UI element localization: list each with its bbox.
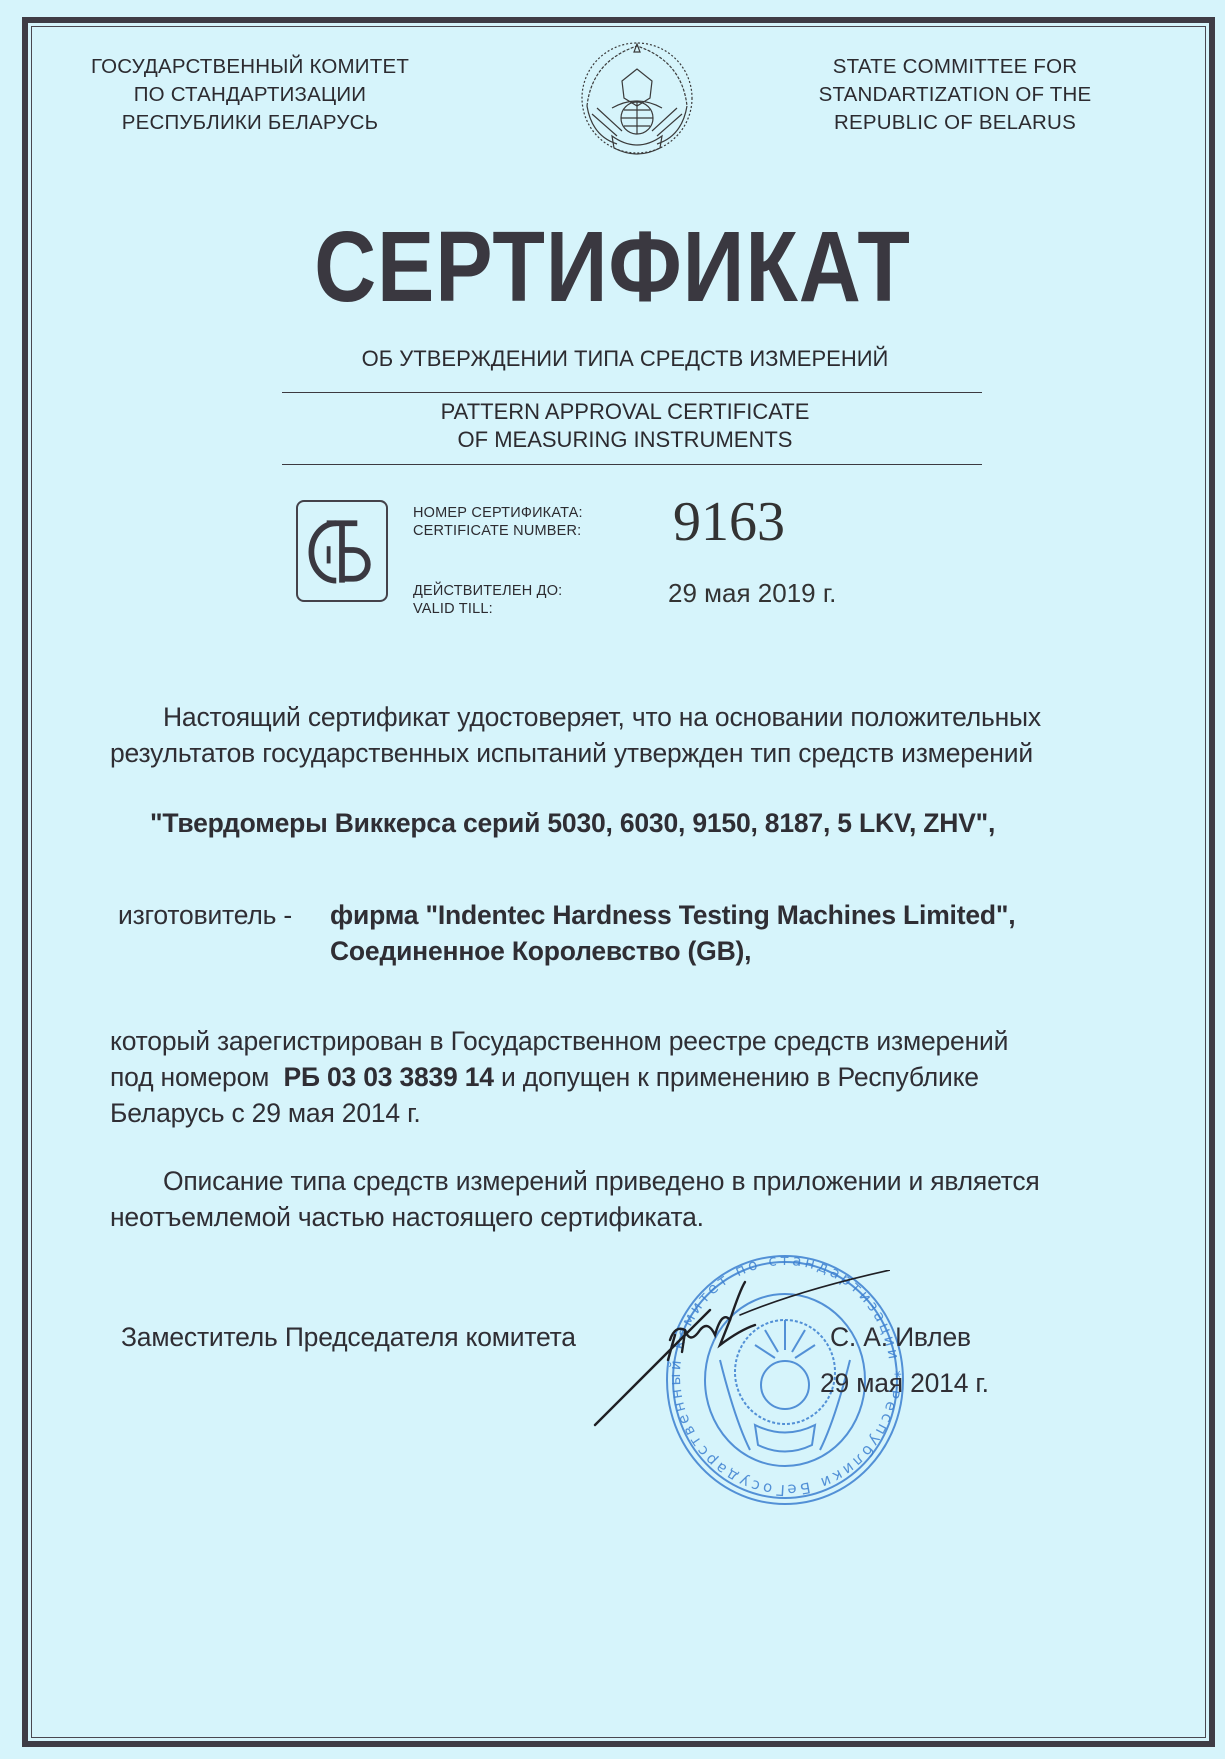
valid-till-date: 29 мая 2019 г. <box>668 578 836 609</box>
signature-date: 29 мая 2014 г. <box>820 1366 989 1401</box>
manufacturer-label: изготовитель - <box>118 898 292 933</box>
subtitle-ru: ОБ УТВЕРЖДЕНИИ ТИПА СРЕДСТВ ИЗМЕРЕНИЙ <box>250 346 1000 372</box>
registry-line-2: под номером РБ 03 03 3839 14 и допущен к… <box>110 1060 979 1095</box>
registry-number: РБ 03 03 3839 14 <box>283 1062 493 1092</box>
certificate-title: СЕРТИФИКАТ <box>86 210 1140 325</box>
certificate-number-label: НОМЕР СЕРТИФИКАТА: CERTIFICATE NUMBER: <box>413 504 583 540</box>
description-line-1: Описание типа средств измерений приведен… <box>163 1164 1040 1199</box>
certificate-number: 9163 <box>673 490 785 554</box>
registry-suffix: и допущен к применению в Республике <box>501 1062 979 1092</box>
registry-line-3: Беларусь с 29 мая 2014 г. <box>110 1096 421 1131</box>
valid-till-label: ДЕЙСТВИТЕЛЕН ДО: VALID TILL: <box>413 582 562 618</box>
intro-line-1: Настоящий сертификат удостоверяет, что н… <box>163 700 1041 735</box>
issuer-en-line: STANDARTIZATION OF THE <box>780 81 1130 109</box>
issuer-ru-line: ПО СТАНДАРТИЗАЦИИ <box>55 81 445 109</box>
label-ru: НОМЕР СЕРТИФИКАТА: <box>413 504 583 522</box>
instrument-name: "Твердомеры Виккерса серий 5030, 6030, 9… <box>150 806 995 841</box>
issuer-en: STATE COMMITTEE FOR STANDARTIZATION OF T… <box>780 53 1130 137</box>
manufacturer-country: Соединенное Королевство (GB), <box>330 934 751 969</box>
divider <box>282 392 982 393</box>
registry-line-1: который зарегистрирован в Государственно… <box>110 1024 1008 1059</box>
divider <box>282 464 982 465</box>
registry-prefix: под номером <box>110 1062 269 1092</box>
intro-line-2: результатов государственных испытаний ут… <box>110 736 1033 771</box>
signatory-name: С. А. Ивлев <box>830 1320 971 1355</box>
subtitle-en-line: PATTERN APPROVAL CERTIFICATE <box>250 398 1000 426</box>
subtitle-en-line: OF MEASURING INSTRUMENTS <box>250 426 1000 454</box>
manufacturer-name: фирма "Indentec Hardness Testing Machine… <box>330 898 1015 933</box>
gosstandart-logo-icon <box>296 500 388 602</box>
issuer-ru: ГОСУДАРСТВЕННЫЙ КОМИТЕТ ПО СТАНДАРТИЗАЦИ… <box>55 53 445 137</box>
label-ru: ДЕЙСТВИТЕЛЕН ДО: <box>413 582 562 600</box>
label-en: VALID TILL: <box>413 600 562 618</box>
issuer-ru-line: ГОСУДАРСТВЕННЫЙ КОМИТЕТ <box>55 53 445 81</box>
label-en: CERTIFICATE NUMBER: <box>413 522 583 540</box>
issuer-en-line: REPUBLIC OF BELARUS <box>780 109 1130 137</box>
subtitle-en: PATTERN APPROVAL CERTIFICATE OF MEASURIN… <box>250 398 1000 454</box>
belarus-emblem-icon <box>572 36 702 161</box>
signatory-position: Заместитель Председателя комитета <box>121 1320 576 1355</box>
issuer-en-line: STATE COMMITTEE FOR <box>780 53 1130 81</box>
description-line-2: неотъемлемой частью настоящего сертифика… <box>110 1200 704 1235</box>
issuer-ru-line: РЕСПУБЛИКИ БЕЛАРУСЬ <box>55 109 445 137</box>
